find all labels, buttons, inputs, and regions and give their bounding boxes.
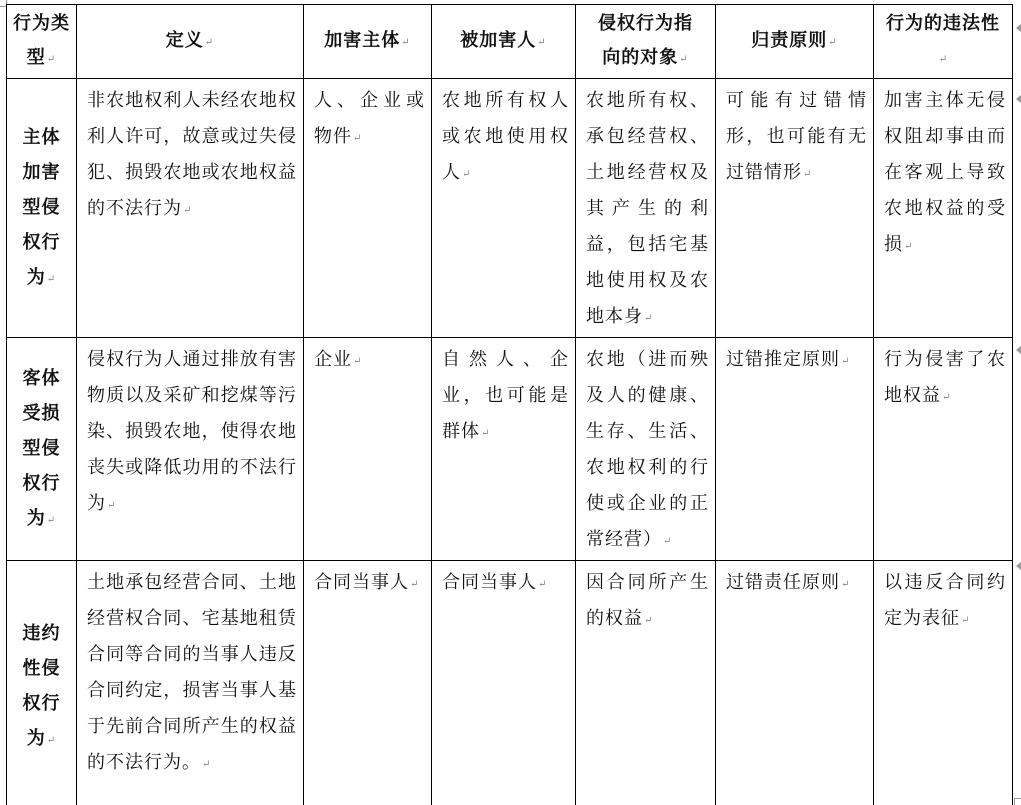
paragraph-mark-icon: ↵ xyxy=(107,500,116,511)
paragraph-mark-icon: ↵ xyxy=(183,205,192,216)
paragraph-mark-icon: ↵ xyxy=(803,169,812,180)
paragraph-mark-icon: ↵ xyxy=(462,169,471,180)
row-end-marker-icon xyxy=(1016,346,1021,354)
header-cell-liability-principle[interactable]: 归责原则↵ xyxy=(716,5,874,79)
paragraph-mark-icon: ↵ xyxy=(939,54,948,65)
cell-type[interactable]: 主体加害型侵权行为↵ xyxy=(7,79,77,338)
cell-victim[interactable]: 农地所有权人或农地使用权人↵ xyxy=(432,79,576,338)
cell-perpetrator[interactable]: 人、企业或物件↵ xyxy=(304,79,432,338)
cell-type[interactable]: 违约性侵权行为↵ xyxy=(7,561,77,805)
paragraph-mark-icon: ↵ xyxy=(202,759,211,770)
paragraph-mark-icon: ↵ xyxy=(47,274,56,285)
paragraph-mark-icon: ↵ xyxy=(961,615,970,626)
cell-liability-principle[interactable]: 可能有过错情形，也可能有无过错情形↵ xyxy=(716,79,874,338)
paragraph-mark-icon: ↵ xyxy=(942,392,951,403)
paragraph-mark-icon: ↵ xyxy=(537,37,546,48)
paragraph-mark-icon: ↵ xyxy=(679,54,688,65)
paragraph-mark-icon: ↵ xyxy=(47,54,56,65)
paragraph-mark-icon: ↵ xyxy=(904,241,913,252)
paragraph-mark-icon: ↵ xyxy=(401,37,410,48)
cell-definition[interactable]: 土地承包经营合同、土地经营权合同、宅基地租赁合同等合同的当事人违反合同约定，损害… xyxy=(77,561,304,805)
cell-target[interactable]: 农地（进而殃及人的健康、生存、生活、农地权利的行使或企业的正常经营）↵ xyxy=(576,338,716,561)
paragraph-mark-icon: ↵ xyxy=(47,735,56,746)
cell-liability-principle[interactable]: 过错推定原则↵ xyxy=(716,338,874,561)
header-cell-definition[interactable]: 定义↵ xyxy=(77,5,304,79)
cell-perpetrator[interactable]: 企业↵ xyxy=(304,338,432,561)
cell-perpetrator[interactable]: 合同当事人↵ xyxy=(304,561,432,805)
tort-behavior-table: 行为类型↵ 定义↵ 加害主体↵ 被加害人↵ 侵权行为指向的对象↵ 归责原则↵ 行… xyxy=(6,4,1013,805)
paragraph-mark-icon: ↵ xyxy=(481,428,490,439)
paragraph-mark-icon: ↵ xyxy=(538,579,547,590)
paragraph-mark-icon: ↵ xyxy=(205,37,214,48)
page-corner-mark-bottom-right xyxy=(1014,798,1021,805)
table-row: 客体受损型侵权行为↵ 侵权行为人通过排放有害物质以及采矿和挖煤等污染、损毁农地，… xyxy=(7,338,1013,561)
paragraph-mark-icon: ↵ xyxy=(410,579,419,590)
table-row: 主体加害型侵权行为↵ 非农地权利人未经农地权利人许可，故意或过失侵犯、损毁农地或… xyxy=(7,79,1013,338)
cell-target[interactable]: 农地所有权、承包经营权、土地经营权及其产生的利益，包括宅基地使用权及农地本身↵ xyxy=(576,79,716,338)
header-row: 行为类型↵ 定义↵ 加害主体↵ 被加害人↵ 侵权行为指向的对象↵ 归责原则↵ 行… xyxy=(7,5,1013,79)
cell-target[interactable]: 因合同所产生的权益↵ xyxy=(576,561,716,805)
row-end-marker-icon xyxy=(1016,24,1021,32)
cell-illegality[interactable]: 行为侵害了农地权益↵ xyxy=(874,338,1013,561)
header-cell-illegality[interactable]: 行为的违法性↵ xyxy=(874,5,1013,79)
paragraph-mark-icon: ↵ xyxy=(353,133,362,144)
paragraph-mark-icon: ↵ xyxy=(47,515,56,526)
cell-victim[interactable]: 合同当事人↵ xyxy=(432,561,576,805)
table-row: 违约性侵权行为↵ 土地承包经营合同、土地经营权合同、宅基地租赁合同等合同的当事人… xyxy=(7,561,1013,805)
paragraph-mark-icon: ↵ xyxy=(841,356,850,367)
header-cell-type[interactable]: 行为类型↵ xyxy=(7,5,77,79)
cell-illegality[interactable]: 加害主体无侵权阻却事由而在客观上导致农地权益的受损↵ xyxy=(874,79,1013,338)
cell-illegality[interactable]: 以违反合同约定为表征↵ xyxy=(874,561,1013,805)
cell-type[interactable]: 客体受损型侵权行为↵ xyxy=(7,338,77,561)
header-cell-victim[interactable]: 被加害人↵ xyxy=(432,5,576,79)
cell-definition[interactable]: 侵权行为人通过排放有害物质以及采矿和挖煤等污染、损毁农地，使得农地丧失或降低功用… xyxy=(77,338,304,561)
paragraph-mark-icon: ↵ xyxy=(828,37,837,48)
cell-liability-principle[interactable]: 过错责任原则↵ xyxy=(716,561,874,805)
paragraph-mark-icon: ↵ xyxy=(353,356,362,367)
header-cell-target[interactable]: 侵权行为指向的对象↵ xyxy=(576,5,716,79)
paragraph-mark-icon: ↵ xyxy=(644,313,653,324)
header-cell-perpetrator[interactable]: 加害主体↵ xyxy=(304,5,432,79)
cell-victim[interactable]: 自然人、企业，也可能是群体↵ xyxy=(432,338,576,561)
paragraph-mark-icon: ↵ xyxy=(644,615,653,626)
paragraph-mark-icon: ↵ xyxy=(841,579,850,590)
row-end-marker-icon xyxy=(1016,562,1021,570)
row-end-marker-icon xyxy=(1016,95,1021,103)
paragraph-mark-icon: ↵ xyxy=(663,536,672,547)
cell-definition[interactable]: 非农地权利人未经农地权利人许可，故意或过失侵犯、损毁农地或农地权益的不法行为↵ xyxy=(77,79,304,338)
